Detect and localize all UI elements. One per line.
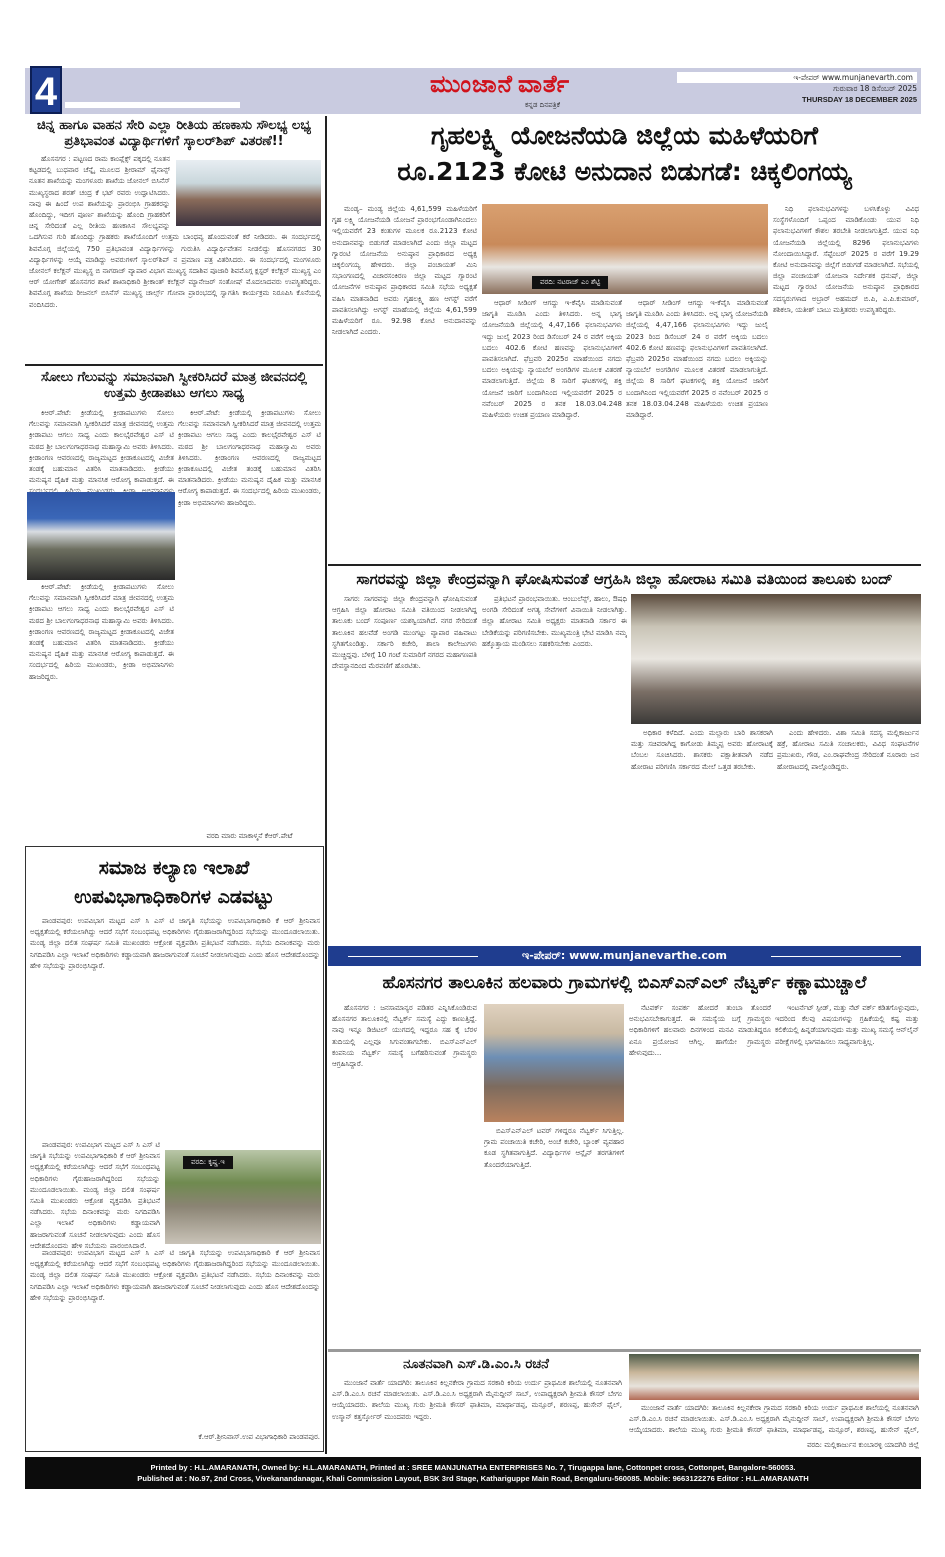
social-welfare-signoff: ಕೆ.ಆರ್.ಶ್ರೀನಿವಾಸ್.ಉಪ ವಿಭಾಗಾಧಿಕಾರಿ ಪಾಂಡವಪ… bbox=[30, 1432, 320, 1444]
sdmc-body-a: ಮುಂಜಾನೆ ವಾರ್ತೆ ಯಾದಗಿರಿ: ತಾಲೂಕಿನ ಕಿಲ್ಲನಕೇ… bbox=[332, 1378, 622, 1438]
sagara-body-col1: ಸಾಗರ: ಸಾಗರವನ್ನು ಜಿಲ್ಲಾ ಕೇಂದ್ರವನ್ನಾಗಿ ಘೋಷ… bbox=[332, 594, 477, 944]
gruhalakshmi-body-col2: ಆಧಾರ್ ಸೀಡಿಂಗ್ ಆಗದ್ದು ಇ-ಕೆವೈಸಿ ಮಾಡಿಸುವಂತೆ… bbox=[482, 298, 622, 560]
gruhalakshmi-body-col3: ಆಧಾರ್ ಸೀಡಿಂಗ್ ಆಗದ್ದು ಇ-ಕೆವೈಸಿ ಮಾಡಿಸುವಂತೆ… bbox=[626, 298, 768, 560]
masthead: 4 ಮುಂಜಾನೆ ವಾರ್ತೆ ಕನ್ನಡ ದಿನಪತ್ರಿಕೆ ಇ-ಪೇಪರ… bbox=[25, 68, 921, 114]
sports-body-col1b: ಕಿಆರ್.ಪೇಟೆ: ಕ್ರೀಡೆಯಲ್ಲಿ ಕ್ರೀಡಾಪಟುಗಳು ಸೋಲ… bbox=[29, 582, 174, 832]
sagara-body-col2: ಪ್ರತಿಭಟನೆ ಪ್ರಾರಂಭವಾಯಿತು. ಆಂಬುಲೆನ್ಸ್, ಹಾಲ… bbox=[482, 594, 627, 944]
gruhalakshmi-body-col4: ನಿಧಿ ಫಲಾನುಭವಿಗಳನ್ನು ಬಳಸಿಕೊಳ್ಳು ವಿವಿಧ ಸಂಸ… bbox=[773, 204, 919, 560]
epaper-link[interactable]: ಇ-ಪೇಪರ್ www.munjanevarth.com bbox=[677, 72, 917, 83]
bsnl-body-col4: ಇಂಟರ್ನೆಟ್ ಸ್ಪೀಡ್, ಮತ್ತು ನೆಟ್ ವರ್ಕ್ ಕಡಿತಗ… bbox=[775, 1003, 919, 1343]
social-welfare-headline-1: ಸಮಾಜ ಕಲ್ಯಾಣ ಇಲಾಖೆ bbox=[25, 854, 323, 882]
sports-signoff: ವರದಿ ಮಾರು ಮಾಕಾಳ್ಮನೆ ಕೆಆರ್.ಪೇಟೆ bbox=[178, 831, 321, 843]
sagara-body-col3: ಅಧಿಕಾರ ಕಳೆದಿದೆ. ಎಂದು ಮಲ್ಲಾರು ಬಾರಿ ಶಾಸಕರಾ… bbox=[631, 728, 773, 944]
sdmc-body-b: ಮುಂಜಾನೆ ವಾರ್ತೆ ಯಾದಗಿರಿ: ತಾಲೂಕಿನ ಕಿಲ್ಲನಕೇ… bbox=[629, 1403, 919, 1439]
imprint-footer: Printed by : H.L.AMARANATH, Owned by: H.… bbox=[25, 1457, 921, 1489]
sports-body-col1: ಕಿಆರ್.ಪೇಟೆ: ಕ್ರೀಡೆಯಲ್ಲಿ ಕ್ರೀಡಾಪಟುಗಳು ಸೋಲ… bbox=[29, 408, 174, 492]
logo-subtitle: ಕನ್ನಡ ದಿನಪತ್ರಿಕೆ bbox=[525, 101, 560, 110]
social-welfare-body-a: ಪಾಂಡವಪುರ: ಉಪವಿಭಾಗ ಮಟ್ಟದ ಎಸ್ ಸಿ ಎಸ್ ಟಿ ಜಾ… bbox=[30, 916, 320, 1140]
gruhalakshmi-headline-1: ಗೃಹಲಕ್ಷ್ಮಿ ಯೋಜನೆಯಡಿ ಜಿಲ್ಲೆಯ ಮಹಿಳೆಯರಿಗೆ bbox=[328, 118, 921, 154]
masthead-info: ಇ-ಪೇಪರ್ www.munjanevarth.com ಗುರುವಾರ 18 … bbox=[677, 72, 917, 105]
bandh-rally-photo bbox=[631, 594, 921, 724]
gruhalakshmi-body-col1: ಮಂಡ್ಯ– ಮಂಡ್ಯ ಜಿಲ್ಲೆಯ 4,61,599 ಮಹಿಳೆಯರಿಗೆ… bbox=[332, 204, 477, 560]
sdmc-group-photo bbox=[629, 1354, 919, 1400]
sdmc-headline: ನೂತನವಾಗಿ ಎಸ್.ಡಿ.ಎಂ.ಸಿ ರಚನೆ bbox=[328, 1355, 624, 1375]
masthead-bar bbox=[65, 102, 240, 108]
bsnl-body-col2: ಬಿಎಸ್ಎನ್ಎಲ್ ಟವರ್ ಗಳಿದ್ದರೂ ನೆಟ್ವರ್ಕ್ ಸಿಗು… bbox=[484, 1126, 624, 1344]
section-divider bbox=[328, 564, 921, 566]
bsnl-body-col1: ಹೊಸನಗರ : ಜನಸಾಮಾನ್ಯರ ಪಡಿತರ ಎನ್ನಿಸಿಕೊಂಡಿರು… bbox=[332, 1003, 477, 1343]
scholarship-photo bbox=[176, 160, 321, 226]
meeting-photo: ವರದಿ: ನಟರಾಜ್ ಎಂ ಶೆಟ್ಟಿ bbox=[482, 204, 768, 294]
social-welfare-body-c: ಪಾಂಡವಪುರ: ಉಪವಿಭಾಗ ಮಟ್ಟದ ಎಸ್ ಸಿ ಎಸ್ ಟಿ ಜಾ… bbox=[30, 1248, 320, 1428]
section-divider bbox=[25, 364, 323, 366]
sports-team-photo bbox=[27, 492, 175, 580]
exchange-building-photo bbox=[484, 1004, 624, 1122]
sports-headline: ಸೋಲು ಗೆಲುವನ್ನು ಸಮಾನವಾಗಿ ಸ್ವೀಕರಿಸಿದರೆ ಮಾತ… bbox=[25, 370, 323, 403]
social-welfare-body-b: ಪಾಂಡವಪುರ: ಉಪವಿಭಾಗ ಮಟ್ಟದ ಎಸ್ ಸಿ ಎಸ್ ಟಿ ಜಾ… bbox=[30, 1140, 160, 1248]
epaper-banner[interactable]: ಇ-ಪೇಪರ್: www.munjanevarthe.com bbox=[328, 946, 921, 966]
gruhalakshmi-headline-2: ರೂ.2123 ಕೋಟಿ ಅನುದಾನ ಬಿಡುಗಡೆ: ಚಿಕ್ಕಲಿಂಗಯ್… bbox=[328, 154, 921, 190]
column-divider bbox=[325, 116, 327, 1454]
newspaper-logo: ಮುಂಜಾನೆ ವಾರ್ತೆ ಕನ್ನಡ ದಿನಪತ್ರಿಕೆ bbox=[370, 68, 630, 114]
bsnl-headline: ಹೊಸನಗರ ತಾಲೂಕಿನ ಹಲವಾರು ಗ್ರಾಮಗಳಲ್ಲಿ ಬಿಎಸ್ಎ… bbox=[328, 968, 921, 998]
footer-line-1: Printed by : H.L.AMARANATH, Owned by: H.… bbox=[25, 1462, 921, 1473]
sagara-body-col4: ಎಂದು ಹೇಳಿದರು. ವಿಶಾ ಸಮಿತಿ ಸದಸ್ಯ ಮಲ್ಲಿಕಾರ್… bbox=[777, 728, 919, 944]
logo-title-1: ಮುಂಜಾನೆ bbox=[430, 70, 513, 98]
social-welfare-headline-2: ಉಪವಿಭಾಗಾಧಿಕಾರಿಗಳ ಎಡವಟ್ಟು bbox=[25, 883, 323, 911]
scholarship-headline: ಚಿನ್ನ ಹಾಗೂ ವಾಹನ ಸೇರಿ ಎಲ್ಲಾ ರೀತಿಯ ಹಣಕಾಸು … bbox=[25, 118, 323, 151]
sports-body-col2: ಕಿಆರ್.ಪೇಟೆ: ಕ್ರೀಡೆಯಲ್ಲಿ ಕ್ರೀಡಾಪಟುಗಳು ಸೋಲ… bbox=[178, 408, 321, 832]
protest-photo: ವರದಿ: ಕೃಷ್ಣ.ಇ bbox=[165, 1150, 321, 1244]
footer-line-2: Published at : No.97, 2nd Cross, Vivekan… bbox=[25, 1473, 921, 1484]
photo-caption: ವರದಿ: ಕೃಷ್ಣ.ಇ bbox=[183, 1156, 233, 1169]
sdmc-signoff: ವರದಿ: ಮಲ್ಲಿಕಾರ್ಜುನ ಕುಂಬಾರಳ್ಳಿ ಯಾದಗಿರಿ ಜಿ… bbox=[629, 1440, 919, 1452]
date-english: THURSDAY 18 DECEMBER 2025 bbox=[677, 94, 917, 105]
section-divider bbox=[328, 1349, 921, 1352]
scholarship-body: ಹೊಸನಗರ : ಪಟ್ಟಣದ ರಾಮ ಕಾಂಪ್ಲೆಕ್ಸ್ ಪಕ್ಕದಲ್ಲ… bbox=[29, 154, 321, 360]
page-number: 4 bbox=[30, 66, 62, 114]
logo-title-2: ವಾರ್ತೆ bbox=[518, 70, 570, 98]
sagara-headline: ಸಾಗರವನ್ನು ಜಿಲ್ಲಾ ಕೇಂದ್ರವನ್ನಾಗಿ ಘೋಷಿಸುವಂತ… bbox=[328, 568, 921, 590]
date-kannada: ಗುರುವಾರ 18 ಡಿಸೆಂಬರ್ 2025 bbox=[677, 83, 917, 94]
bsnl-body-col3: ನೆಟವರ್ಕ್ ಸಂಪರ್ಕ ಹೋದರೆ ತುಂಬಾ ತೊಂದರೆ ಅನುಭವ… bbox=[629, 1003, 771, 1343]
photo-caption: ವರದಿ: ನಟರಾಜ್ ಎಂ ಶೆಟ್ಟಿ bbox=[532, 276, 608, 289]
